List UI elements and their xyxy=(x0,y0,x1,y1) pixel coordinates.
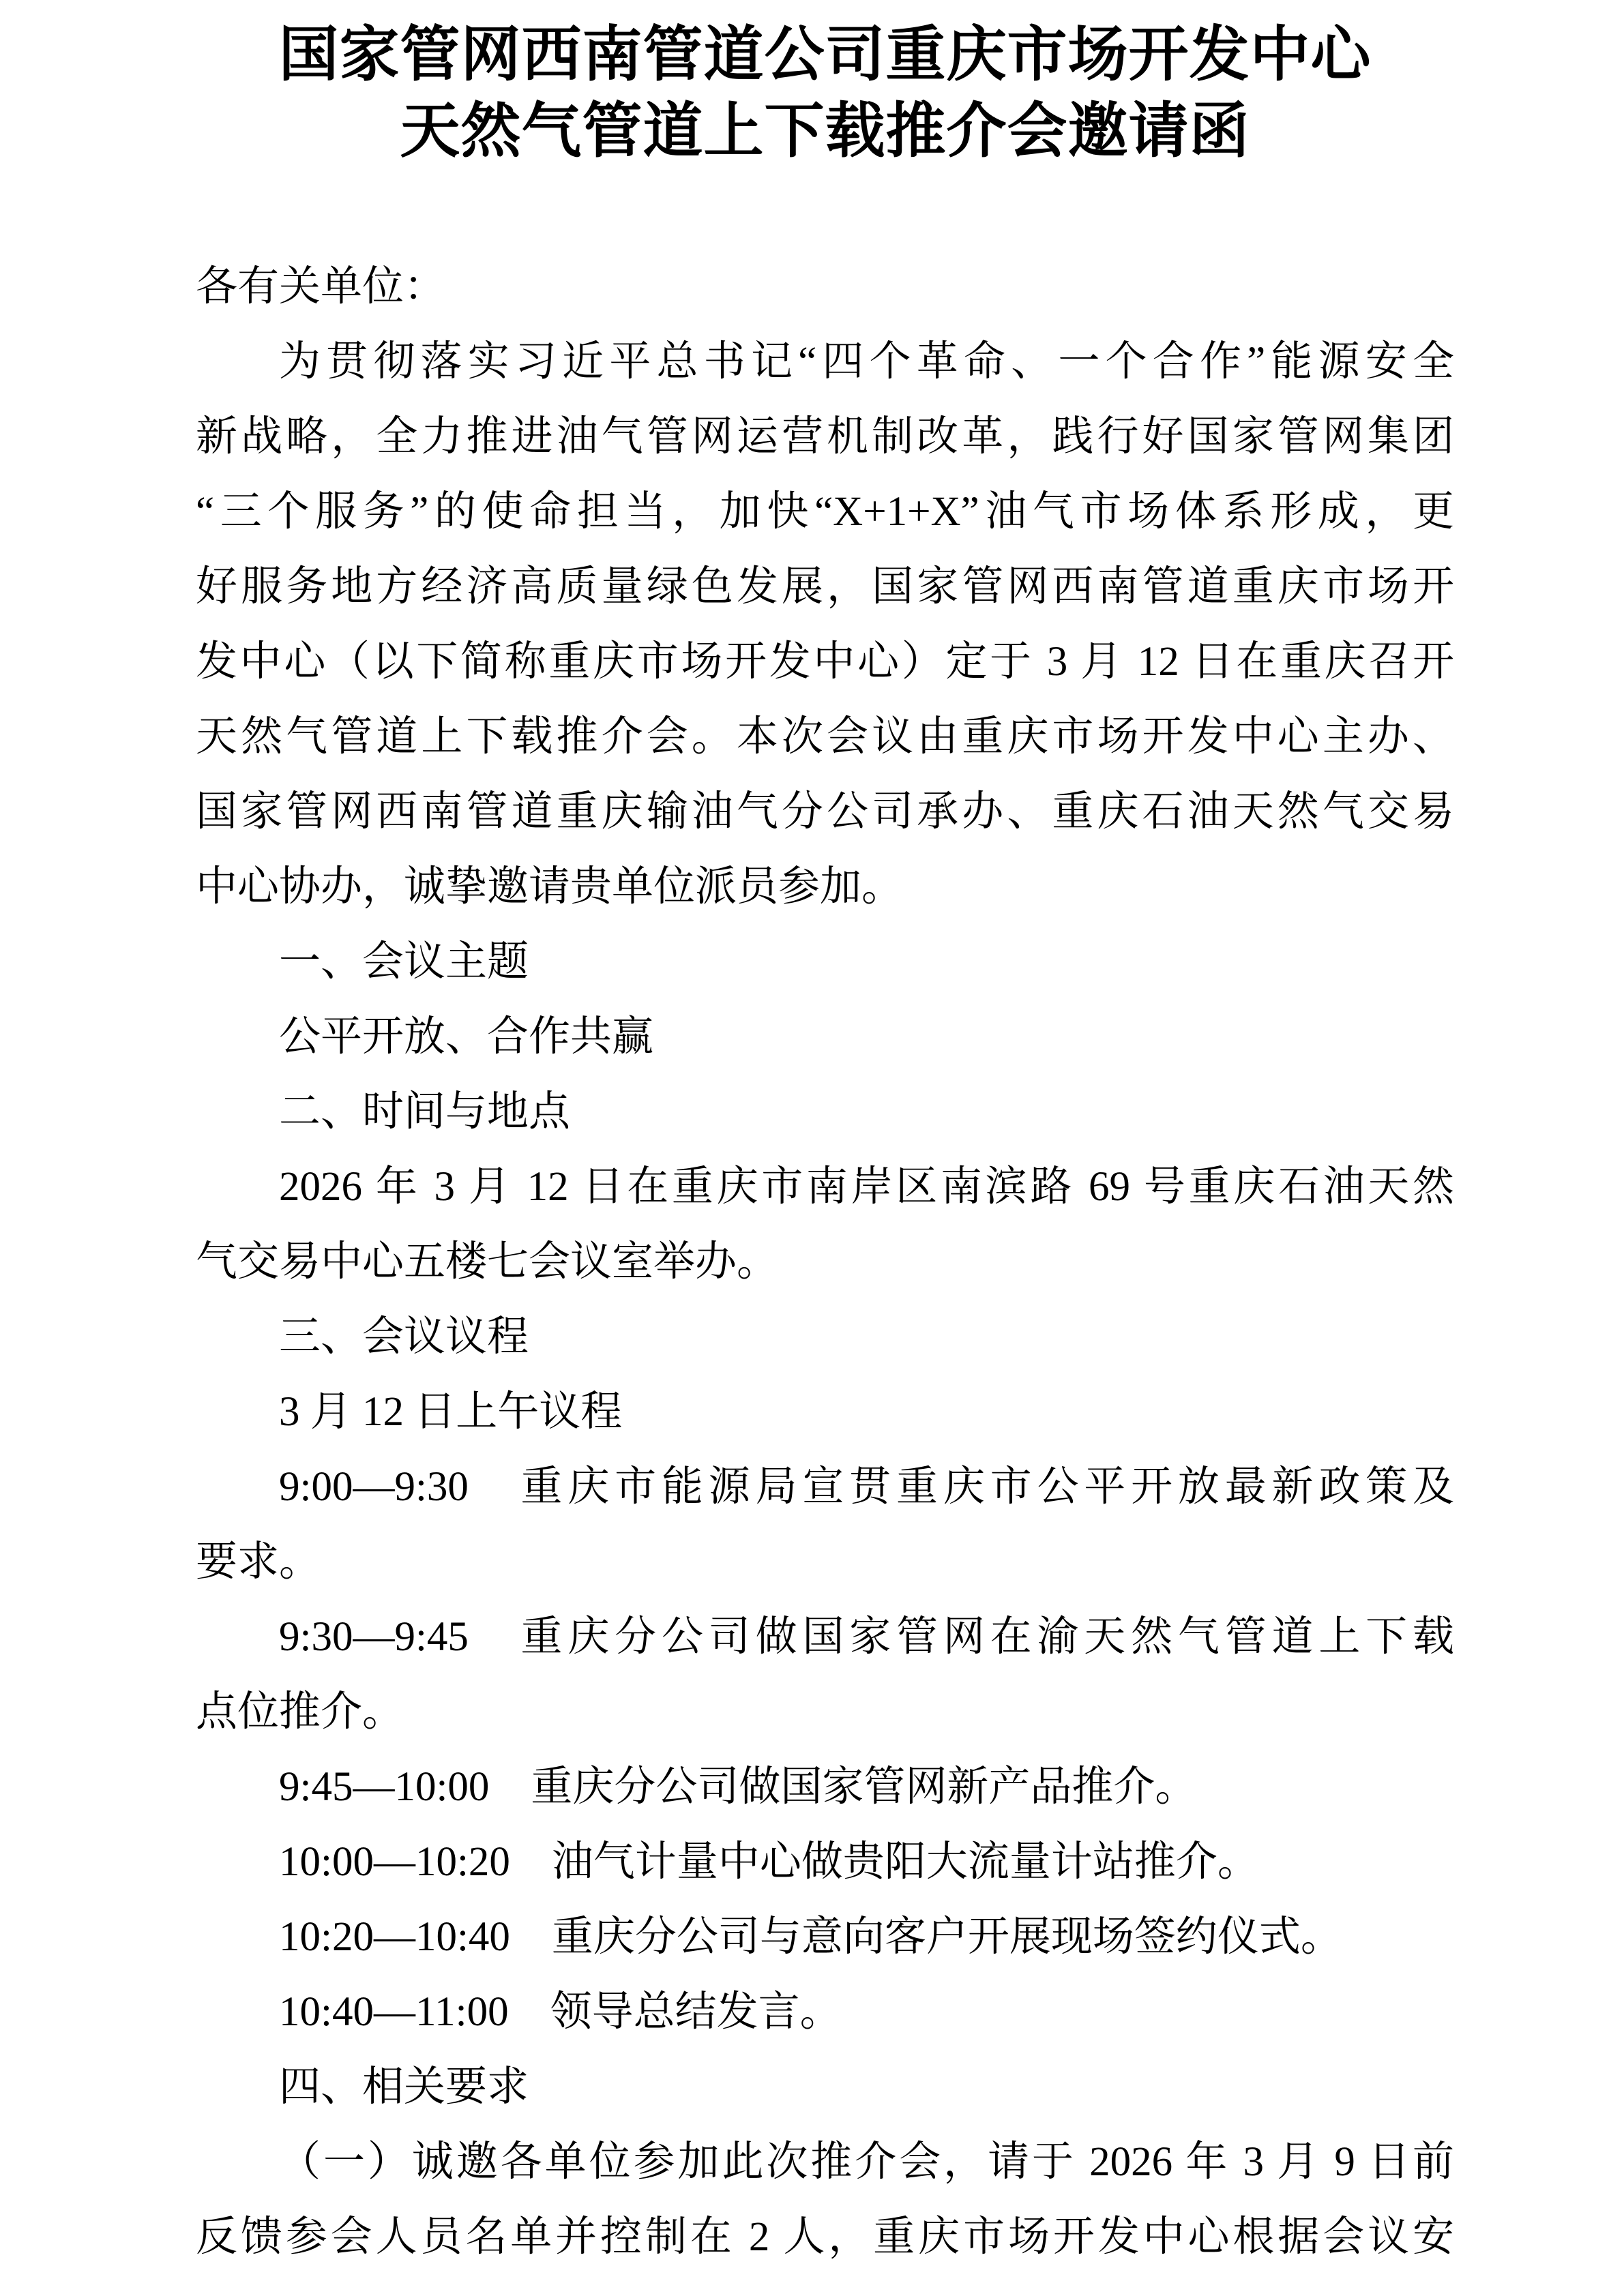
body-line: 天然气管道上下载推介会。本次会议由重庆市场开发中心主办、 xyxy=(196,700,1454,775)
body-line: 要求。 xyxy=(196,1525,1454,1600)
body-line: 9:30—9:45 重庆分公司做国家管网在渝天然气管道上下载 xyxy=(196,1600,1454,1675)
body-line: 10:00—10:20 油气计量中心做贵阳大流量计站推介。 xyxy=(196,1825,1454,1900)
body-line: 中心协办，诚挚邀请贵单位派员参加。 xyxy=(196,850,1454,925)
body-line: （一）诚邀各单位参加此次推介会，请于 2026 年 3 月 9 日前 xyxy=(196,2125,1454,2200)
body-line: 9:45—10:00 重庆分公司做国家管网新产品推介。 xyxy=(196,1750,1454,1825)
title-line-2: 天然气管道上下载推介会邀请函 xyxy=(196,94,1454,170)
body-line: 发中心（以下简称重庆市场开发中心）定于 3 月 12 日在重庆召开 xyxy=(196,625,1454,700)
body-line: 新战略，全力推进油气管网运营机制改革，践行好国家管网集团 xyxy=(196,400,1454,475)
body-line: 10:40—11:00 领导总结发言。 xyxy=(196,1975,1454,2050)
body-line: 气交易中心五楼七会议室举办。 xyxy=(196,1225,1454,1300)
body-line: 三、会议议程 xyxy=(196,1300,1454,1375)
body-line: 好服务地方经济高质量绿色发展，国家管网西南管道重庆市场开 xyxy=(196,550,1454,625)
body-line: 9:00—9:30 重庆市能源局宣贯重庆市公平开放最新政策及 xyxy=(196,1450,1454,1525)
body-line: 点位推介。 xyxy=(196,1675,1454,1750)
document-body: 为贯彻落实习近平总书记“四个革命、一个合作”能源安全新战略，全力推进油气管网运营… xyxy=(196,325,1454,2275)
body-line: 3 月 12 日上午议程 xyxy=(196,1375,1454,1450)
document-title: 国家管网西南管道公司重庆市场开发中心 天然气管道上下载推介会邀请函 xyxy=(196,18,1454,170)
body-line: “三个服务”的使命担当，加快“X+1+X”油气市场体系形成，更 xyxy=(196,475,1454,550)
body-line: 2026 年 3 月 12 日在重庆市南岸区南滨路 69 号重庆石油天然 xyxy=(196,1150,1454,1225)
body-line: 公平开放、合作共赢 xyxy=(196,1000,1454,1075)
salutation: 各有关单位： xyxy=(196,250,1454,325)
body-line: 四、相关要求 xyxy=(196,2050,1454,2125)
body-line: 国家管网西南管道重庆输油气分公司承办、重庆石油天然气交易 xyxy=(196,775,1454,850)
title-line-1: 国家管网西南管道公司重庆市场开发中心 xyxy=(196,18,1454,94)
body-line: 反馈参会人员名单并控制在 2 人，重庆市场开发中心根据会议安 xyxy=(196,2200,1454,2275)
document-page: 国家管网西南管道公司重庆市场开发中心 天然气管道上下载推介会邀请函 各有关单位：… xyxy=(0,0,1624,2296)
body-line: 10:20—10:40 重庆分公司与意向客户开展现场签约仪式。 xyxy=(196,1900,1454,1975)
body-line: 为贯彻落实习近平总书记“四个革命、一个合作”能源安全 xyxy=(196,325,1454,400)
body-line: 一、会议主题 xyxy=(196,925,1454,1000)
body-line: 二、时间与地点 xyxy=(196,1075,1454,1150)
